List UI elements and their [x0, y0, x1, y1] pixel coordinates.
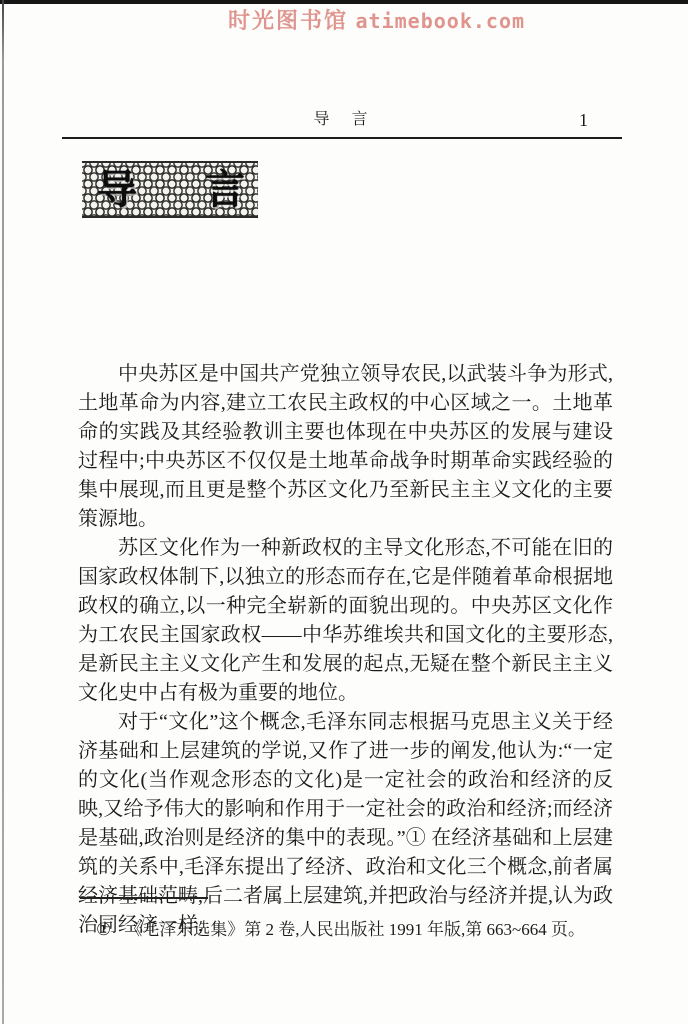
body-paragraph: 对于“文化”这个概念,毛泽东同志根据马克思主义关于经济基础和上层建筑的学说,又作… [78, 708, 613, 940]
footnote-text: 《毛泽东选集》第 2 卷,人民出版社 1991 年版,第 663~664 页。 [125, 920, 585, 939]
body-paragraph: 中央苏区是中国共产党独立领导农民,以武装斗争为形式,土地革命为内容,建立工农民主… [78, 360, 613, 534]
watermark-library-name: 时光图书馆 [228, 8, 348, 33]
banner-char-right: 言 [205, 170, 245, 210]
watermark-site-url: atimebook.com [356, 9, 526, 33]
running-title: 导 言 [62, 110, 622, 130]
header-rule [62, 137, 622, 139]
book-page: 时光图书馆 atimebook.com 导 言 1 导 言 中央苏区是中国共产党… [0, 0, 688, 1024]
page-number: 1 [579, 110, 588, 130]
scan-left-edge [2, 0, 4, 1024]
footnote: ①《毛泽东选集》第 2 卷,人民出版社 1991 年版,第 663~664 页。 [96, 918, 616, 942]
running-header: 导 言 1 [62, 110, 622, 139]
footnote-marker: ① [96, 920, 111, 939]
watermark: 时光图书馆 atimebook.com [228, 4, 525, 35]
banner-char-left: 导 [97, 170, 137, 210]
body-paragraph: 苏区文化作为一种新政权的主导文化形态,不可能在旧的国家政权体制下,以独立的形态而… [78, 534, 613, 708]
body-text-block: 中央苏区是中国共产党独立领导农民,以武装斗争为形式,土地革命为内容,建立工农民主… [78, 360, 613, 940]
footnote-divider [80, 897, 208, 899]
chapter-title-banner: 导 言 [82, 161, 258, 218]
